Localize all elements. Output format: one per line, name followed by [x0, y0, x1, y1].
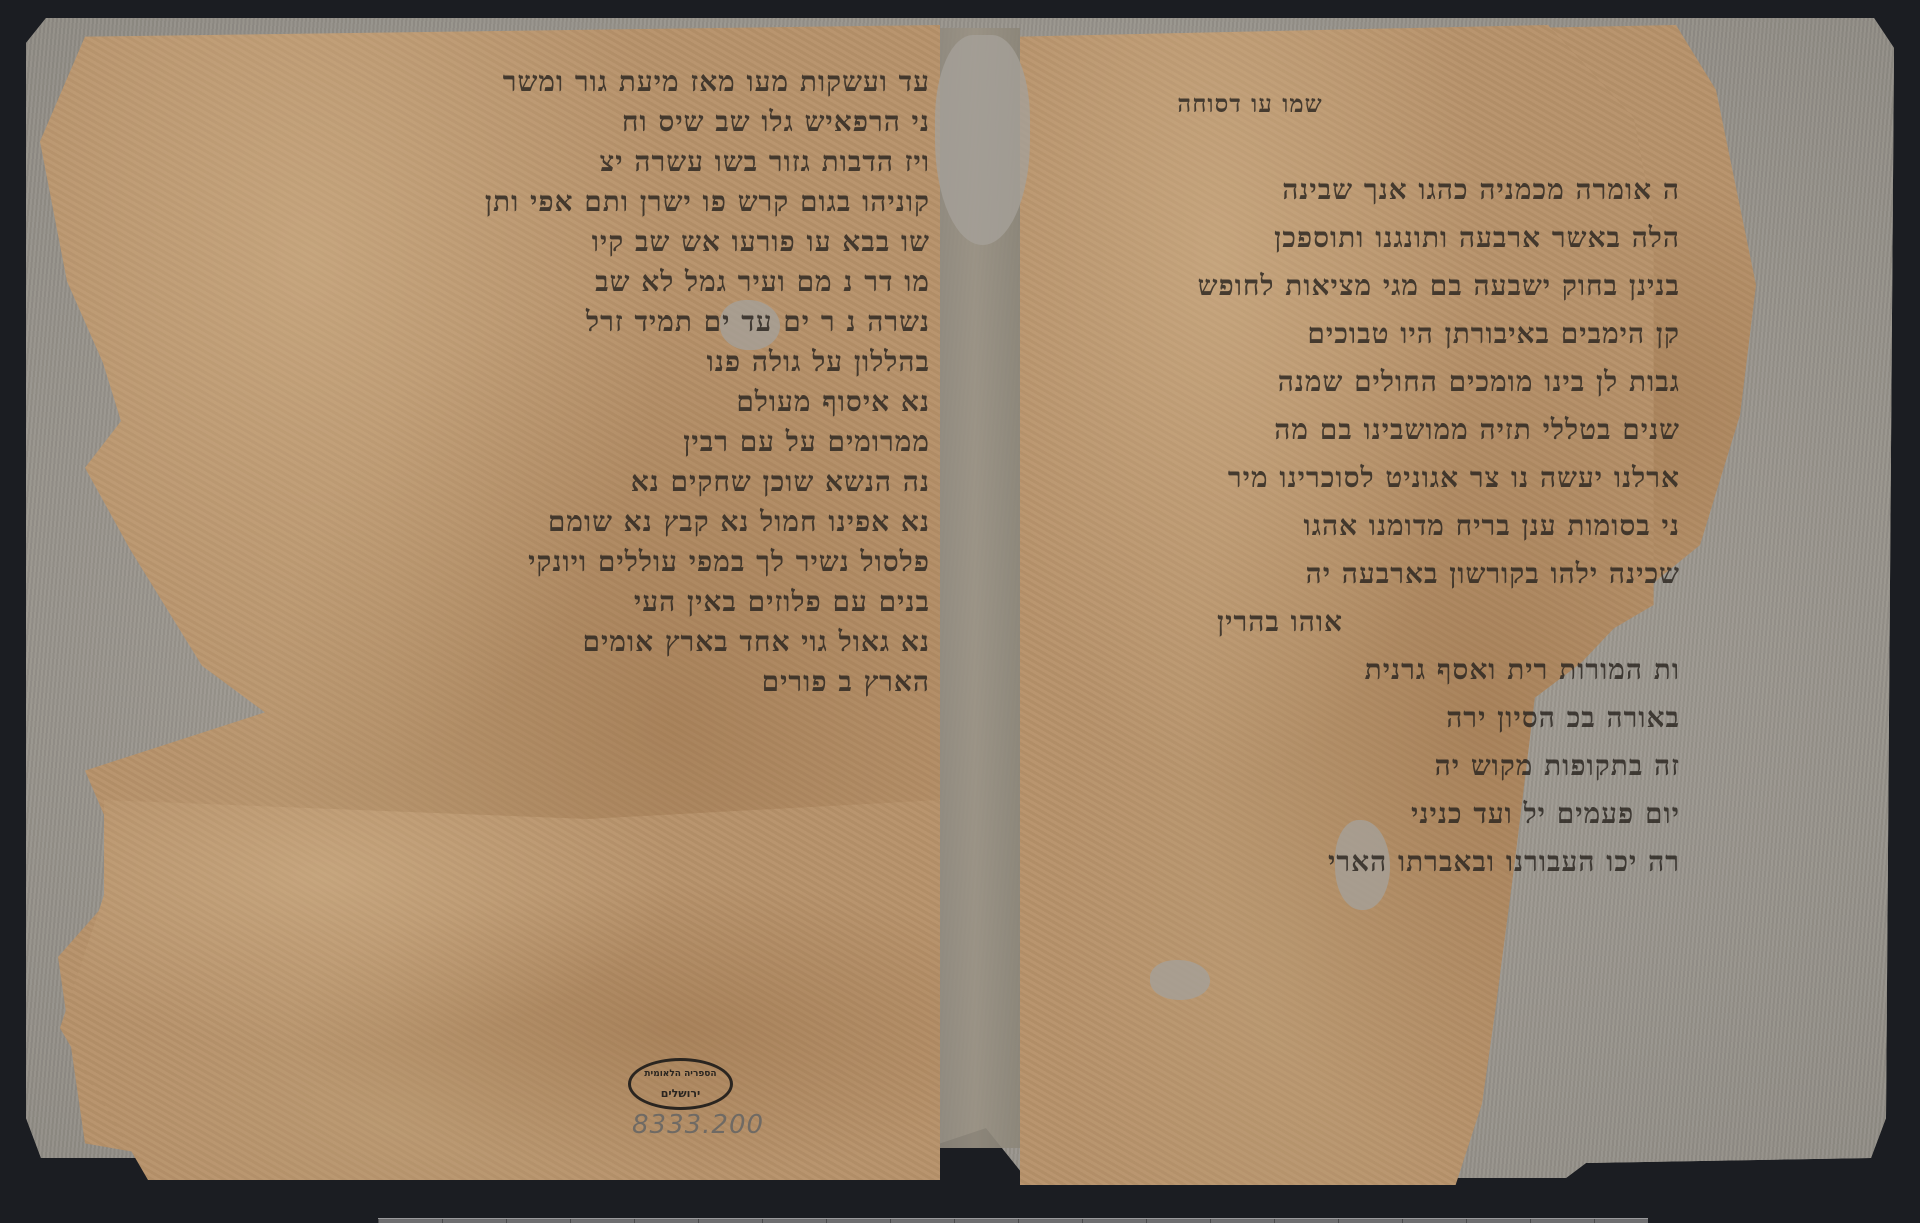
text-line: ויז הדבות גזור בשו עשרה יצ [100, 142, 930, 182]
text-line: זה בתקופות מקוש יה [1000, 742, 1680, 790]
left-leaf-lower-fragment [60, 800, 940, 1180]
text-line: רה יכו העבורנו ובאברתו הארי [1000, 838, 1680, 886]
text-line: שו בבא עו פורעו אש שב קיו [100, 222, 930, 262]
text-line: ני הרפאיש גלו שב שיס וח [100, 102, 930, 142]
text-line: ה אומרה מכמניה כהגו אנך שבינה [1000, 166, 1680, 214]
text-line: קוניהו בגום קרש פו ישרן ותם אפי ותן [100, 182, 930, 222]
scale-ruler [378, 1218, 1648, 1223]
text-line: נה הנשא שוכן שחקים נא [100, 462, 930, 502]
text-line: שכינה ילהו בקורשון בארבעה יה [1000, 550, 1680, 598]
text-line: עד ועשקות מעו מאז מיעת גור ומשר [100, 62, 930, 102]
text-line: שנים בטללי תזיה ממושבינו בם מה [1000, 406, 1680, 454]
text-line: מו דר נ מם ועיר גמל לא שב [100, 262, 930, 302]
text-line: אוהו בהרין [1000, 598, 1560, 646]
text-line: קן הימבים באיבורתן היו טבוכים [1000, 310, 1680, 358]
text-line: נא אפינו חמול נא קבץ נא שומם [100, 502, 930, 542]
right-page-text: שמו עו דסוחה ה אומרה מכמניה כהגו אנך שבי… [1000, 80, 1680, 886]
text-line: ות המורות רית ואסף גרנית [1000, 646, 1680, 694]
text-line: ני בסומות ענן בריח מדומנו אהגו [1000, 502, 1680, 550]
loss-hole [1150, 960, 1210, 1000]
text-line: הלה באשר ארבעה ותונגנו ותוספכן [1000, 214, 1680, 262]
text-line: באורה בכ הסיון ירה [1000, 694, 1680, 742]
left-page-text: עד ועשקות מעו מאז מיעת גור ומשר ני הרפאי… [100, 62, 930, 702]
library-stamp: הספריה הלאומית ירושלים [628, 1058, 733, 1110]
text-line: נא איסוף מעולם [100, 382, 930, 422]
text-line: בנים עם פלוזים באין העי [100, 582, 930, 622]
text-line: הארץ ב פורים [100, 662, 930, 702]
text-line: בהללון על גולה פנו [100, 342, 930, 382]
text-line: ארלנו יעשה נו צר אגוניט לסוכרינו מיר [1000, 454, 1680, 502]
shelfmark: 8333.200 [632, 1110, 764, 1140]
text-line: יום פעמים יל ועד כניני [1000, 790, 1680, 838]
text-line: נשרה נ ר ים עד ים תמיד זרל [100, 302, 930, 342]
stamp-top-text: הספריה הלאומית [631, 1069, 730, 1079]
text-line: גבות לן בינו מומכים החולים שמנה [1000, 358, 1680, 406]
text-line: ממרומים על עם רבין [100, 422, 930, 462]
text-line: בנינן בחוק ישבעה בם מגי מציאות לחופש [1000, 262, 1680, 310]
stamp-bottom-text: ירושלים [631, 1087, 730, 1100]
page-header: שמו עו דסוחה [1000, 80, 1500, 128]
text-line: נא גאול גוי אחד בארץ אומים [100, 622, 930, 662]
text-line: פלסול נשיר לך במפי עוללים ויונקי [100, 542, 930, 582]
